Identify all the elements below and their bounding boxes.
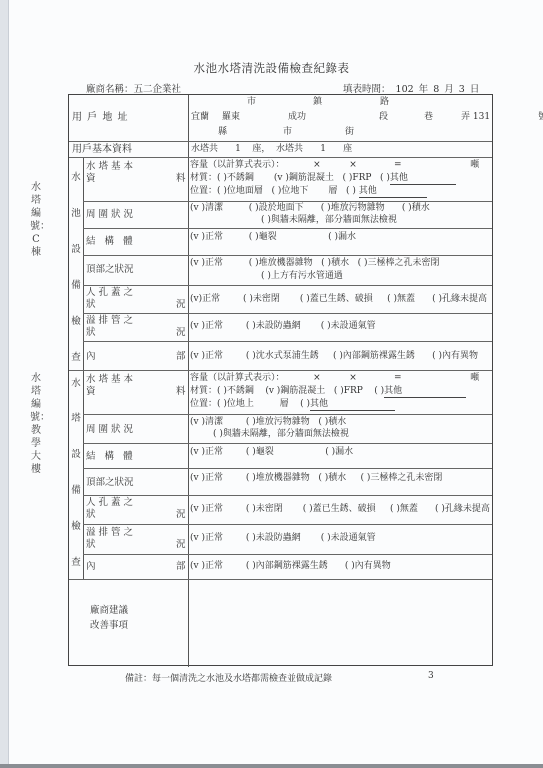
tower-surround-label: 周 圍 狀 況 [86, 424, 133, 435]
pool-structure-label: 結 構 體 [86, 236, 133, 247]
suggestions-field[interactable] [191, 585, 489, 663]
pool-capacity: 容量（以計算式表示）： × × = 噸 [190, 160, 479, 171]
address-city: 羅東 [222, 112, 240, 123]
pool-overflow-label-2b: 況 [176, 327, 186, 338]
page-number: 3 [428, 671, 434, 681]
pool-location-other: 其他 [359, 186, 427, 198]
tower-top-label: 頂部之狀況 [86, 477, 134, 488]
address-label: 用 戶 地 址 [72, 112, 129, 123]
side-label-tower-c: 水塔編號：C棟 [30, 181, 42, 259]
tower-tank-label-1: 水 塔 基 本 [86, 374, 133, 385]
fill-date: 填表時間： 102 年 8 月 3 日 [343, 81, 479, 95]
address-lane: 巷 [424, 112, 433, 123]
row-line [83, 341, 492, 342]
row-line [69, 579, 492, 580]
pool-overflow-label-1: 溢 排 管 之 [86, 315, 133, 326]
pool-interior-line: (v )正常 ( )沈水式泵浦生銹 ( )內部鋼筋裸露生銹 ( )內有異物 [190, 351, 478, 362]
row-line [69, 370, 492, 371]
tower-structure-label: 結 構 體 [86, 451, 133, 462]
pool-location: 位置：( )位地面層 ( )位地下 層 ( ) 其他 [190, 186, 427, 198]
row-line [83, 313, 492, 314]
pool-surround-line2: ( )與牆未隔離，部分牆面無法檢視 [261, 215, 397, 226]
row-line [83, 255, 492, 256]
tower-structure-line: (v )正常 ( )龜裂 ( )漏水 [190, 447, 353, 458]
scan-bottom-edge [0, 764, 543, 768]
tower-tank-label-2b: 料 [176, 386, 186, 397]
row-line [83, 201, 492, 202]
row-line [69, 157, 492, 158]
pool-overflow-line: (v )正常 ( )未設防蟲網 ( )未設通氣管 [190, 321, 376, 332]
pool-top-line2: ( )上方有污水管通過 [261, 271, 343, 282]
pool-material: 材質：( )不銹鋼 (v )鋼筋混凝土 ( )FRP ( )其他 [190, 173, 456, 185]
pool-interior-label-b: 部 [176, 351, 186, 362]
tower-material: 材質：( )不銹鋼 (v )鋼筋混凝土 ( )FRP ( )其他 [190, 386, 466, 398]
tower-interior-label-a: 內 [86, 561, 96, 572]
tower-overflow-label-2b: 況 [176, 539, 186, 550]
tower-manhole-label-2b: 況 [176, 509, 186, 520]
row-line [83, 443, 492, 444]
section-char: 水 [69, 172, 83, 184]
pool-structure-line: (v )正常 ( )龜裂 ( )漏水 [190, 232, 356, 243]
basic-label: 用戶基本資料 [72, 144, 132, 155]
address-street-bottom: 街 [345, 127, 354, 138]
suggestions-label-2: 改善事項 [90, 620, 128, 631]
tower-location-other: 其他 [310, 399, 395, 411]
address-county-bottom: 縣 [218, 127, 227, 138]
row-line [69, 141, 492, 142]
section-char: 檢 [69, 521, 83, 533]
tower-overflow-label-2a: 狀 [86, 539, 96, 550]
tower-manhole-label-1: 人 孔 蓋 之 [86, 497, 133, 508]
pool-manhole-label-1: 人 孔 蓋 之 [86, 287, 133, 298]
section-char: 檢 [69, 316, 83, 328]
section-char: 塔 [69, 413, 83, 425]
pool-tank-label-2b: 料 [176, 173, 186, 184]
side-label-tower-teaching: 水塔編號：教學大樓 [30, 372, 42, 476]
document-title: 水池水塔清洗設備檢查紀錄表 [0, 60, 543, 76]
suggestions-label-1: 廠商建議 [90, 605, 128, 616]
section-char: 查 [69, 352, 83, 364]
section-char: 池 [69, 208, 83, 220]
pool-manhole-line: (v)正常 ( )未密閉 ( )蓋已生銹、破損 ( )無蓋 ( )孔緣未提高 [190, 294, 487, 305]
pool-manhole-label-2b: 況 [176, 299, 186, 310]
address-street: 成功 [288, 112, 306, 123]
basic-value: 水塔共 1 座， 水塔共 1 座 [191, 144, 352, 155]
scan-left-edge [0, 0, 9, 768]
pool-material-other: 其他 [390, 173, 456, 185]
pool-tank-label-2a: 資 [86, 173, 96, 184]
footer-note: 備註：每一個清洗之水池及水塔都需檢查並做成記錄 [125, 671, 332, 684]
address-alley-number: 弄 131 [461, 112, 490, 123]
tower-interior-line: (v )正常 ( )內部鋼筋裸露生銹 ( )內有異物 [190, 561, 391, 572]
pool-interior-label-a: 內 [86, 351, 96, 362]
tower-material-other: 其他 [384, 386, 466, 398]
vendor-name: 廠商名稱：五二企業社 [86, 81, 181, 95]
tower-surround-line2: ( )與牆未隔離，部分牆面無法檢視 [213, 429, 349, 440]
tower-tank-label-2a: 資 [86, 386, 96, 397]
address-number-unit: 號 [538, 112, 543, 123]
pool-top-label: 頂部之狀況 [86, 264, 134, 275]
pool-manhole-label-2a: 狀 [86, 299, 96, 310]
address-section: 段 [379, 112, 388, 123]
address-city-bottom: 市 [283, 127, 292, 138]
address-town-top: 鎮 [313, 97, 322, 108]
row-line [83, 524, 492, 525]
tower-overflow-label-1: 溢 排 管 之 [86, 527, 133, 538]
row-line [83, 495, 492, 496]
tower-surround-line1: (v )清潔 ( )堆放污物雜物 ( )積水 [190, 417, 346, 428]
pool-tank-label-1: 水 塔 基 本 [86, 161, 133, 172]
section-char: 設 [69, 244, 83, 256]
tower-location: 位置：( )位地上 層 ( )其他 [190, 399, 395, 411]
tower-manhole-line: (v )正常 ( )未密閉 ( )蓋已生銹、破損 ( )無蓋 ( )孔緣未提高 [190, 504, 490, 515]
address-county: 宜蘭 [191, 112, 209, 123]
pool-overflow-label-2a: 狀 [86, 327, 96, 338]
address-road-top: 路 [380, 97, 389, 108]
section-char: 備 [69, 485, 83, 497]
tower-capacity: 容量（以計算式表示）： × × = 噸 [190, 373, 479, 384]
tower-top-line: (v )正常 ( )堆放機器雜物 ( )積水 ( )三極棒之孔未密閉 [190, 473, 442, 484]
pool-surround-line1: (v )清潔 ( )設於地面下 ( )堆放污物雜物 ( )積水 [190, 203, 430, 214]
section-char: 設 [69, 449, 83, 461]
row-line [83, 414, 492, 415]
section-char: 備 [69, 280, 83, 292]
section-char: 查 [69, 557, 83, 569]
pool-section-divider [83, 158, 84, 370]
section-char: 水 [69, 378, 83, 390]
row-line [83, 554, 492, 555]
pool-surround-label: 周 圍 狀 況 [86, 209, 133, 220]
label-divider [188, 95, 189, 667]
row-line [83, 228, 492, 229]
inspection-table: 用 戶 地 址 市 鎮 路 宜蘭 羅東 成功 段 巷 弄 131 號 縣 市 街… [68, 94, 493, 666]
pool-top-line1: (v )正常 ( )堆放機器雜物 ( )積水 ( )三極棒之孔未密閉 [190, 258, 440, 269]
tower-manhole-label-2a: 狀 [86, 509, 96, 520]
address-city-top: 市 [247, 97, 256, 108]
tower-interior-label-b: 部 [176, 561, 186, 572]
row-line [83, 285, 492, 286]
tower-overflow-line: (v )正常 ( )未設防蟲網 ( )未設通氣管 [190, 533, 376, 544]
tower-section-divider [83, 371, 84, 579]
row-line [83, 468, 492, 469]
